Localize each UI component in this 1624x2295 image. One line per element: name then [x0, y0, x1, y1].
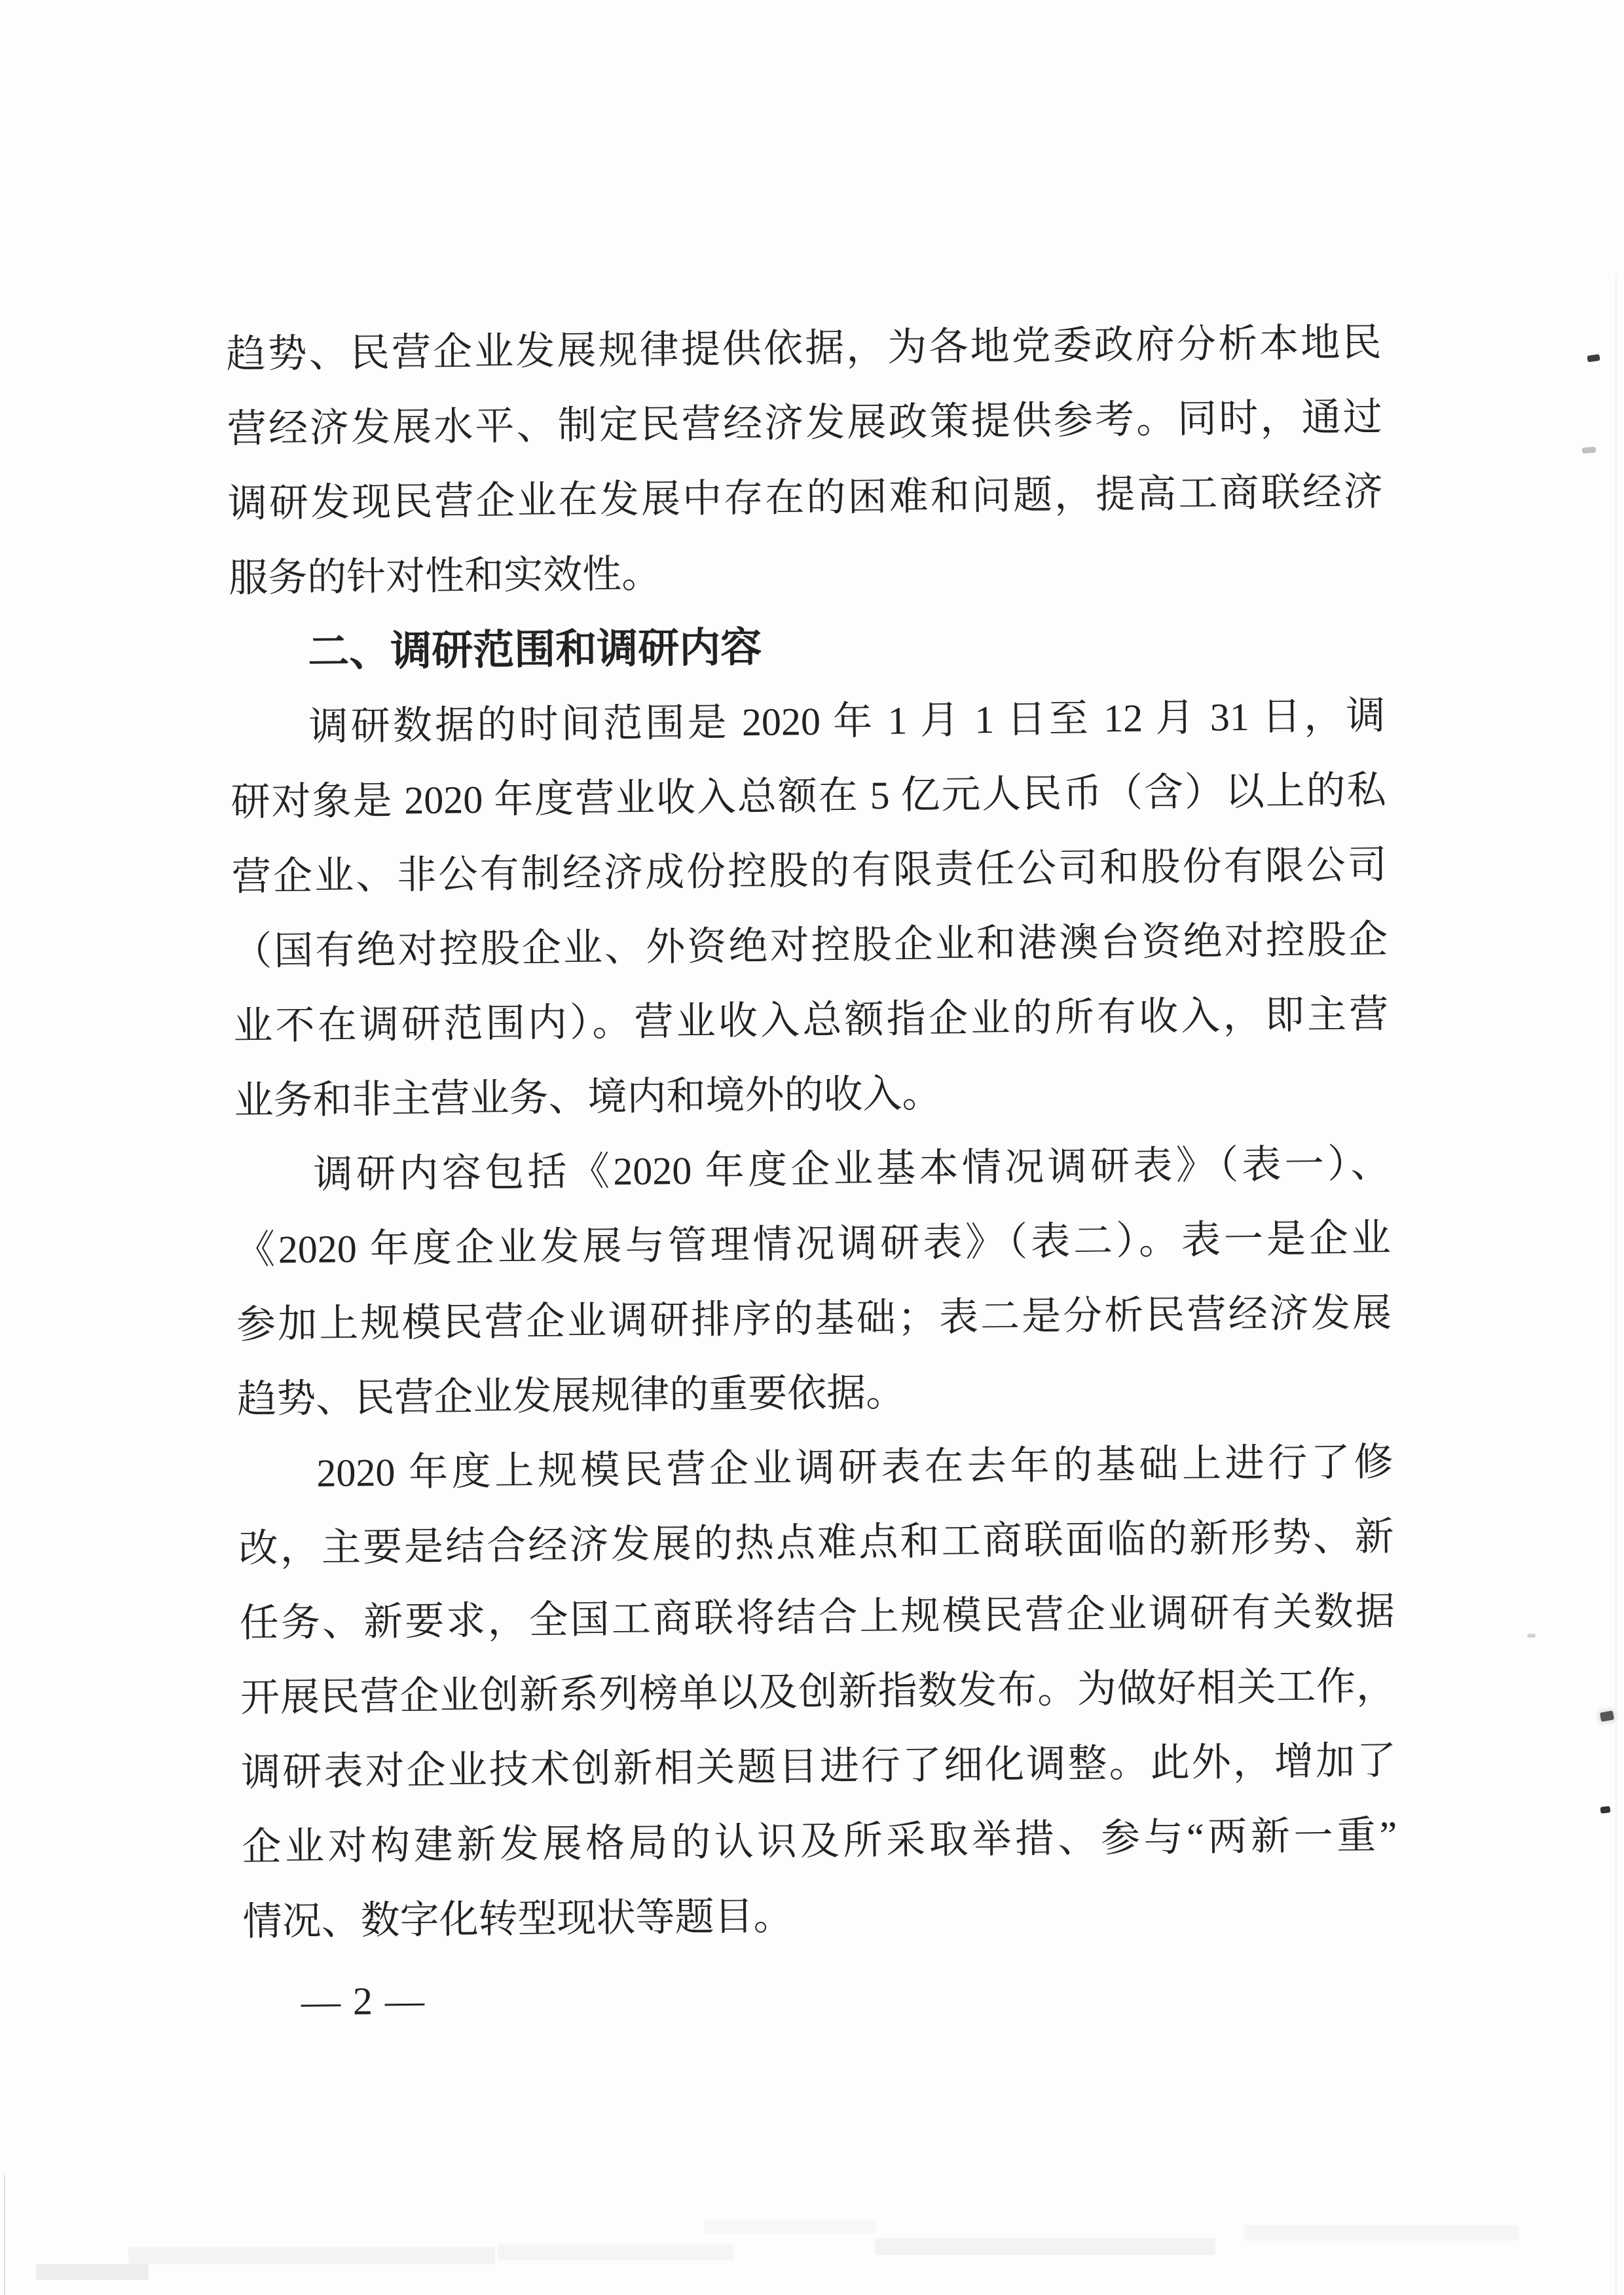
scan-smudge — [1244, 2225, 1519, 2241]
text-line: 调研发现民营企业在发展中存在的困难和问题，提高工商联经济 — [227, 454, 1383, 541]
section-heading: 二、调研范围和调研内容 — [229, 604, 1385, 690]
text-line: 《2020 年度企业发展与管理情况调研表》（表二）。表一是企业 — [235, 1201, 1391, 1287]
text-line: 开展民营企业创新系列榜单以及创新指数发布。为做好相关工作， — [240, 1649, 1395, 1735]
scan-edge-line — [4, 2175, 5, 2295]
scan-edge-line — [1615, 275, 1617, 2295]
text-line: 趋势、民营企业发展规律的重要依据。 — [237, 1350, 1393, 1437]
scan-artifact — [1600, 1806, 1611, 1814]
scan-smudge — [875, 2238, 1215, 2255]
scan-artifact — [1582, 447, 1596, 454]
text-line: 调研内容包括《2020 年度企业基本情况调研表》（表一）、 — [234, 1126, 1390, 1213]
text-line: 情况、数字化转型现状等题目。 — [242, 1873, 1398, 1959]
scan-artifact — [1600, 1710, 1614, 1721]
page-number: — 2 — — [301, 1981, 426, 2021]
text-line: 企业对构建新发展格局的认识及所采取举措、参与“两新一重” — [242, 1798, 1397, 1884]
scan-artifact — [1587, 354, 1600, 363]
text-line: 业不在调研范围内）。营业收入总额指企业的所有收入，即主营 — [233, 977, 1389, 1063]
scan-smudge — [704, 2220, 876, 2234]
text-line: 任务、新要求，全国工商联将结合上规模民营企业调研有关数据 — [239, 1574, 1395, 1661]
document-body: 趋势、民营企业发展规律提供依据，为各地党委政府分析本地民营经济发展水平、制定民营… — [226, 305, 1399, 2085]
scan-smudge — [128, 2247, 495, 2264]
text-line: 改，主要是结合经济发展的热点难点和工商联面临的新形势、新 — [238, 1499, 1394, 1586]
text-line: 营企业、非公有制经济成份控股的有限责任公司和股份有限公司 — [231, 828, 1387, 914]
scan-smudge — [498, 2245, 733, 2260]
scan-smudge — [36, 2264, 149, 2280]
text-line: 调研数据的时间范围是 2020 年 1 月 1 日至 12 月 31 日，调 — [230, 678, 1386, 765]
text-line: （国有绝对控股企业、外资绝对控股企业和港澳台资绝对控股企 — [232, 902, 1388, 989]
scan-artifact — [1527, 1634, 1536, 1638]
text-line: 参加上规模民营企业调研排序的基础；表二是分析民营经济发展 — [236, 1276, 1392, 1362]
text-line: 2020 年度上规模民营企业调研表在去年的基础上进行了修 — [238, 1425, 1393, 1511]
document-page: 趋势、民营企业发展规律提供依据，为各地党委政府分析本地民营经济发展水平、制定民营… — [0, 0, 1624, 2295]
text-line: 调研表对企业技术创新相关题目进行了细化调整。此外，增加了 — [241, 1723, 1397, 1810]
text-line: 业务和非主营业务、境内和境外的收入。 — [234, 1052, 1390, 1138]
text-line: 服务的针对性和实效性。 — [229, 529, 1384, 615]
text-line: 营经济发展水平、制定民营经济发展政策提供参考。同时，通过 — [227, 380, 1382, 466]
text-line: 趋势、民营企业发展规律提供依据，为各地党委政府分析本地民 — [226, 305, 1382, 392]
text-line: 研对象是 2020 年度营业收入总额在 5 亿元人民币（含）以上的私 — [231, 753, 1386, 839]
